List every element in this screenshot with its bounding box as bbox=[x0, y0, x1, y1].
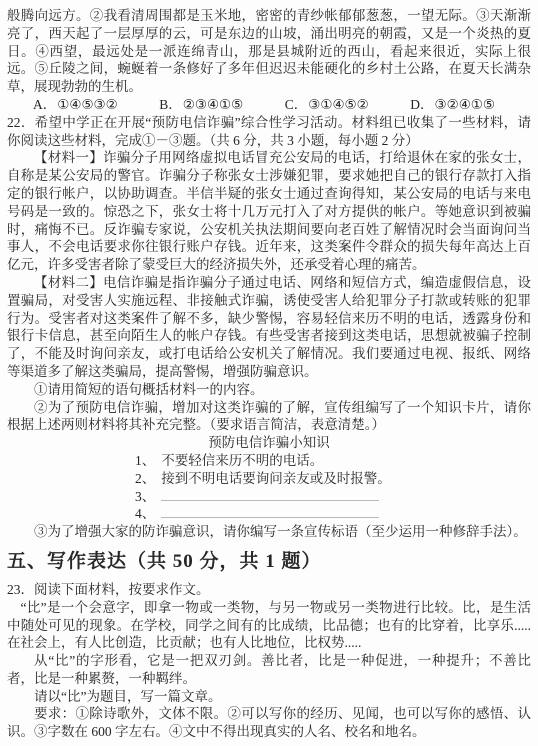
option-label: A． bbox=[33, 97, 56, 112]
option-value: ①④⑤③② bbox=[57, 97, 118, 112]
q22-material-2: 【材料二】电信诈骗是指诈骗分子通过电话、网络和短信方式，编造虚假信息，设置骗局，… bbox=[7, 274, 531, 381]
card-item-4: 4、 bbox=[7, 505, 531, 523]
q23-stem: 23．阅读下面材料，按要求作文。 bbox=[7, 581, 531, 599]
knowledge-card-title: 预防电信诈骗小知识 bbox=[7, 434, 531, 452]
answer-blank-4 bbox=[161, 505, 379, 518]
answer-blank-3 bbox=[161, 488, 379, 501]
q23-title-instruction: 请以“比”为题目，写一篇文章。 bbox=[7, 688, 531, 706]
card-item-number: 4、 bbox=[135, 506, 155, 521]
q21-option-d: D．③②④①⑤ bbox=[410, 96, 495, 114]
option-label: B． bbox=[159, 97, 182, 112]
card-item-number: 1、 bbox=[135, 453, 155, 468]
card-item-text: 不要轻信来历不明的电话。 bbox=[161, 453, 323, 468]
q21-options-row: A．①④⑤③② B．②③④①⑤ C．③①④⑤② D．③②④①⑤ bbox=[7, 96, 531, 114]
q21-option-a: A．①④⑤③② bbox=[33, 96, 118, 114]
option-label: C． bbox=[285, 97, 308, 112]
option-value: ③①④⑤② bbox=[308, 97, 369, 112]
card-item-3: 3、 bbox=[7, 488, 531, 506]
q22-material-1: 【材料一】诈骗分子用网络虚拟电话冒充公安局的电话，打给退休在家的张女士，自称是某… bbox=[7, 149, 531, 274]
card-item-text: 接到不明电话要询问亲友或及时报警。 bbox=[161, 471, 391, 486]
option-label: D． bbox=[410, 97, 433, 112]
q22-subquestion-3: ③为了增强大家的防诈骗意识，请你编写一条宣传标语（至少运用一种修辞手法）。 bbox=[7, 523, 531, 541]
q22-subquestion-2: ②为了预防电信诈骗，增加对这类诈骗的了解，宣传组编写了一个知识卡片，请你根据上述… bbox=[7, 399, 531, 435]
q21-option-c: C．③①④⑤② bbox=[285, 96, 369, 114]
exam-page: 般腾向远方。②我看清周围都是玉米地，密密的青纱帐郁郁葱葱，一望无际。③天渐渐亮了… bbox=[0, 0, 538, 746]
q22-stem: 22．希望中学正在开展“预防电信诈骗”综合性学习活动。材料组已收集了一些材料，请… bbox=[7, 114, 531, 150]
card-item-2: 2、接到不明电话要询问亲友或及时报警。 bbox=[7, 470, 531, 488]
q23-material-para-1: “比”是一个会意字，即拿一物或一类物，与另一物或另一类物进行比较。比，是生活中随… bbox=[7, 599, 531, 652]
card-item-number: 3、 bbox=[135, 489, 155, 504]
card-item-number: 2、 bbox=[135, 471, 155, 486]
knowledge-card: 预防电信诈骗小知识 1、不要轻信来历不明的电话。 2、接到不明电话要询问亲友或及… bbox=[7, 434, 531, 523]
q21-option-b: B．②③④①⑤ bbox=[159, 96, 243, 114]
option-value: ②③④①⑤ bbox=[183, 97, 244, 112]
q23-material-para-2: 从“比”的字形看，它是一把双刃剑。善比者，比是一种促进，一种提升；不善比者，比是… bbox=[7, 652, 531, 688]
section-heading-writing: 五、写作表达（共 50 分，共 1 题） bbox=[7, 549, 531, 574]
option-value: ③②④①⑤ bbox=[434, 97, 495, 112]
q22-subquestion-1: ①请用简短的语句概括材料一的内容。 bbox=[7, 381, 531, 399]
q21-passage: 般腾向远方。②我看清周围都是玉米地，密密的青纱帐郁郁葱葱，一望无际。③天渐渐亮了… bbox=[7, 7, 531, 96]
q23-requirements: 要求：①除诗歌外，文体不限。②可以写你的经历、见闻，也可以写你的感悟、认识。③字… bbox=[7, 705, 531, 741]
card-item-1: 1、不要轻信来历不明的电话。 bbox=[7, 452, 531, 470]
